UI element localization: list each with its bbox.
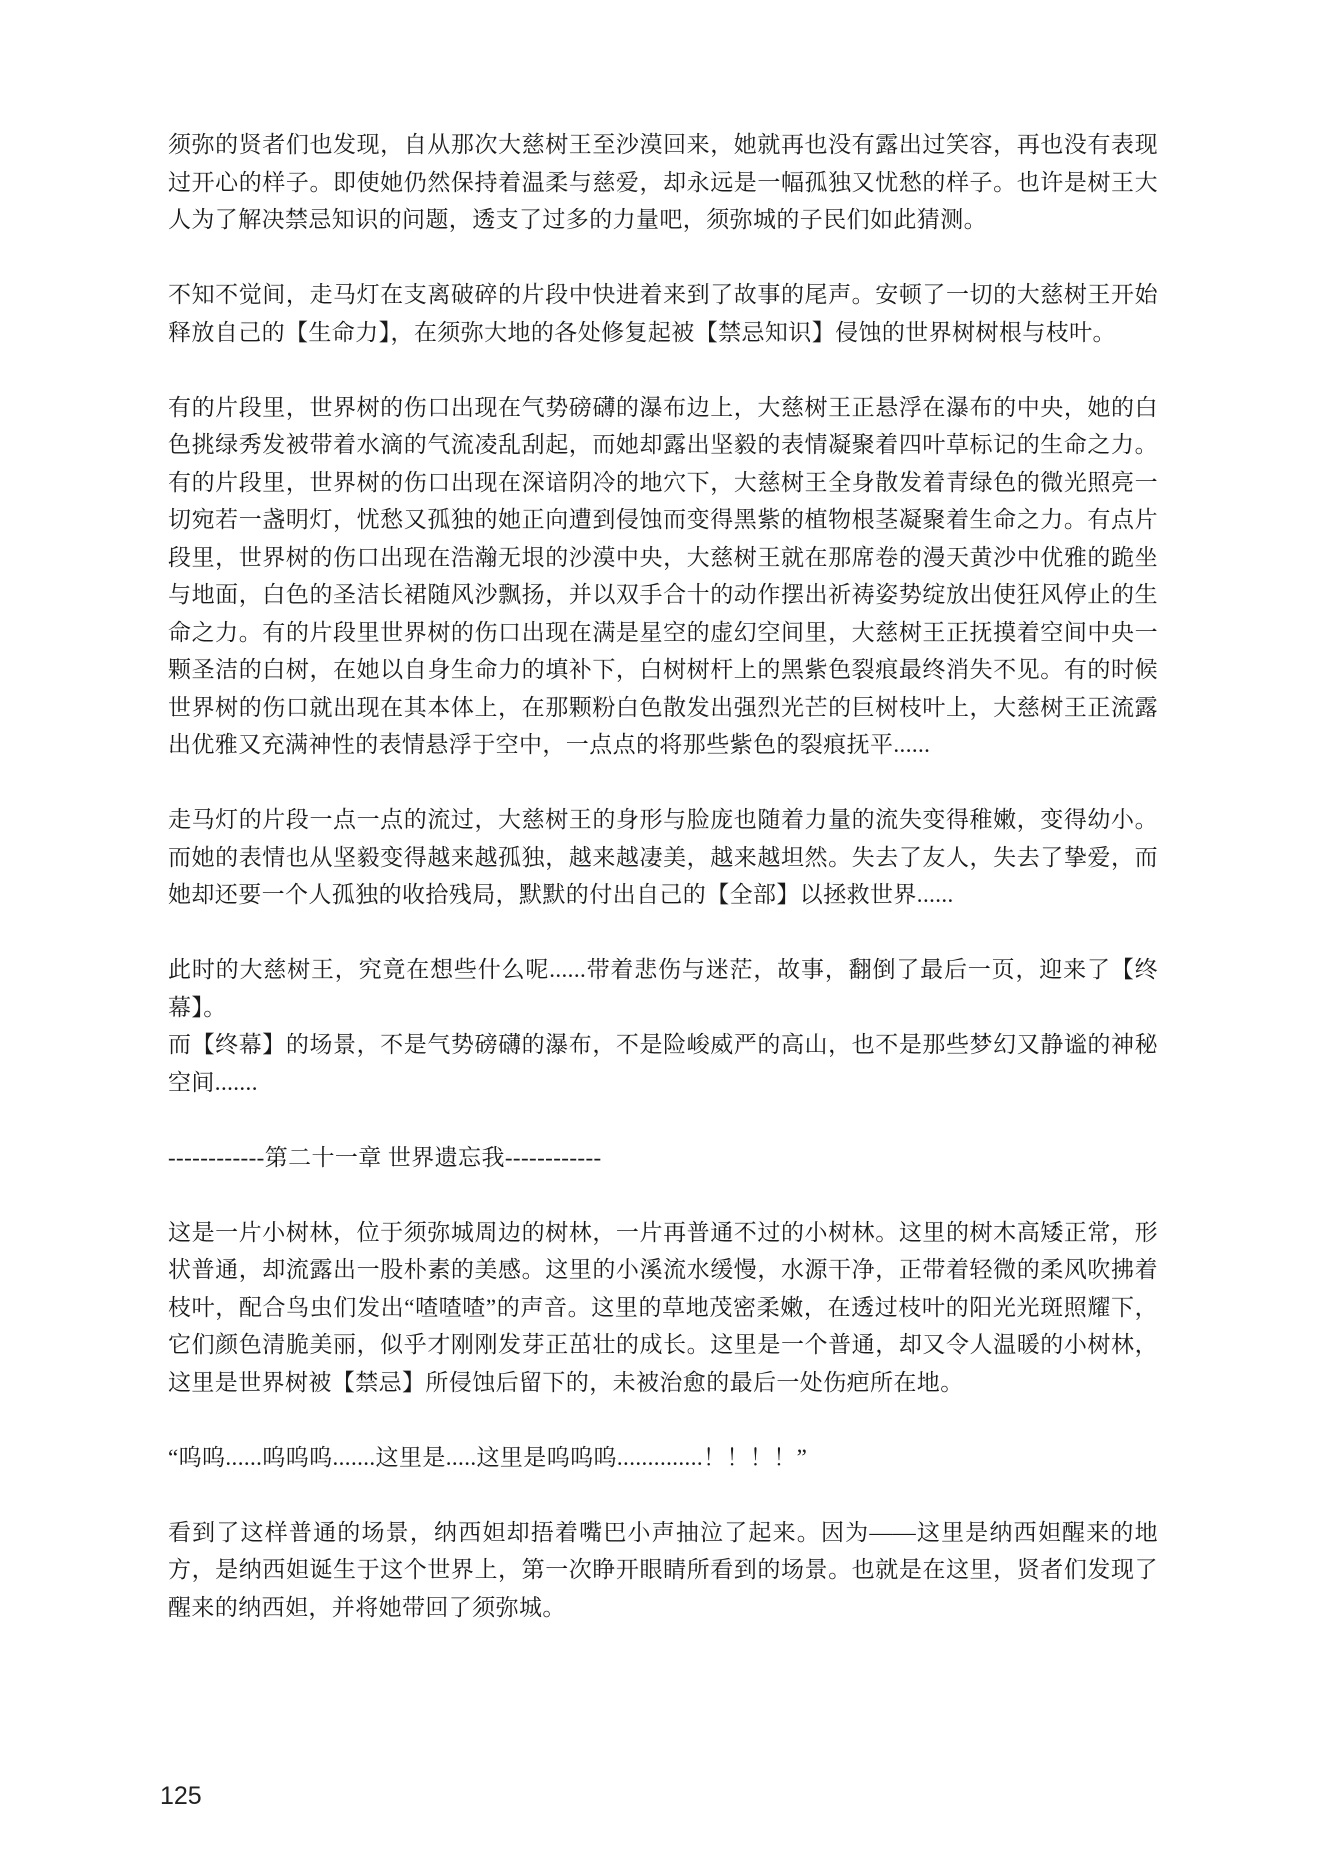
page-number: 125 <box>160 1782 202 1811</box>
paragraph: “呜呜......呜呜呜.......这里是.....这里是呜呜呜.......… <box>168 1439 1158 1477</box>
paragraph: 走马灯的片段一点一点的流过，大慈树王的身形与脸庞也随着力量的流失变得稚嫩，变得幼… <box>168 801 1158 914</box>
paragraph: 看到了这样普通的场景，纳西妲却捂着嘴巴小声抽泣了起来。因为——这里是纳西妲醒来的… <box>168 1514 1158 1627</box>
paragraph: 有的片段里，世界树的伤口出现在气势磅礴的瀑布边上，大慈树王正悬浮在瀑布的中央，她… <box>168 389 1158 764</box>
paragraph: 此时的大慈树王，究竟在想些什么呢......带着悲伤与迷茫，故事，翻倒了最后一页… <box>168 951 1158 1101</box>
page-text-body: 须弥的贤者们也发现，自从那次大慈树王至沙漠回来，她就再也没有露出过笑容，再也没有… <box>168 126 1158 1664</box>
paragraph: 不知不觉间，走马灯在支离破碎的片段中快进着来到了故事的尾声。安顿了一切的大慈树王… <box>168 276 1158 351</box>
document-page: 须弥的贤者们也发现，自从那次大慈树王至沙漠回来，她就再也没有露出过笑容，再也没有… <box>0 0 1323 1871</box>
chapter-heading: ------------第二十一章 世界遗忘我------------ <box>168 1139 1158 1177</box>
paragraph: 这是一片小树林，位于须弥城周边的树林，一片再普通不过的小树林。这里的树木高矮正常… <box>168 1214 1158 1402</box>
paragraph: 须弥的贤者们也发现，自从那次大慈树王至沙漠回来，她就再也没有露出过笑容，再也没有… <box>168 126 1158 239</box>
